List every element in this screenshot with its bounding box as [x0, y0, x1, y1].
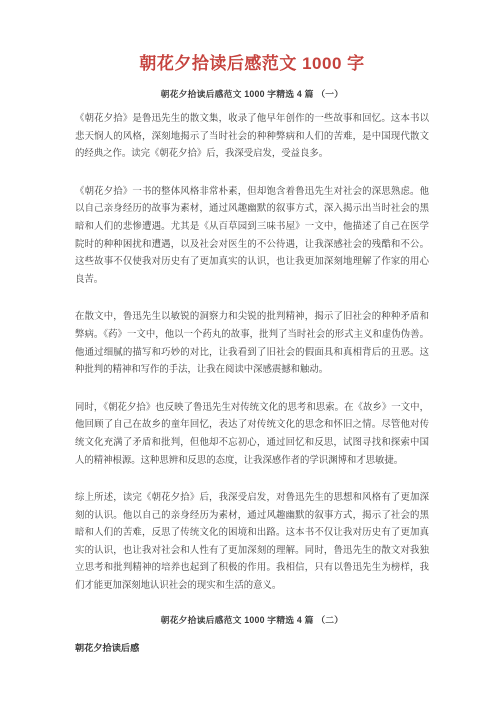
doc-title: 朝花夕拾读后感范文 1000 字 [75, 52, 429, 76]
paragraph-intro: 《朝花夕拾》是鲁迅先生的散文集，收录了他早年创作的一些故事和回忆。这本书以悲天悯… [75, 109, 429, 162]
document-page: 朝花夕拾读后感范文 1000 字 朝花夕拾读后感范文 1000 字精选 4 篇 … [0, 0, 500, 707]
section-2-heading: 朝花夕拾读后感范文 1000 字精选 4 篇 （二） [75, 614, 429, 627]
paragraph-conclusion: 综上所述，读完《朝花夕拾》后，我深受启发，对鲁迅先生的思想和风格有了更加深刻的认… [75, 488, 429, 594]
paragraph-tradition: 同时，《朝花夕拾》也反映了鲁迅先生对传统文化的思考和思索。在《故乡》一文中，他回… [75, 398, 429, 468]
paragraph-style-stories: 《朝花夕拾》一书的整体风格非常朴素，但却饱含着鲁迅先生对社会的深思熟虑。他以自己… [75, 182, 429, 288]
section-2-lead: 朝花夕拾读后感 [75, 641, 429, 655]
paragraph-criticism: 在散文中，鲁迅先生以敏锐的洞察力和尖锐的批判精神，揭示了旧社会的种种矛盾和弊病。… [75, 307, 429, 377]
section-1-heading: 朝花夕拾读后感范文 1000 字精选 4 篇 （一） [75, 88, 429, 101]
